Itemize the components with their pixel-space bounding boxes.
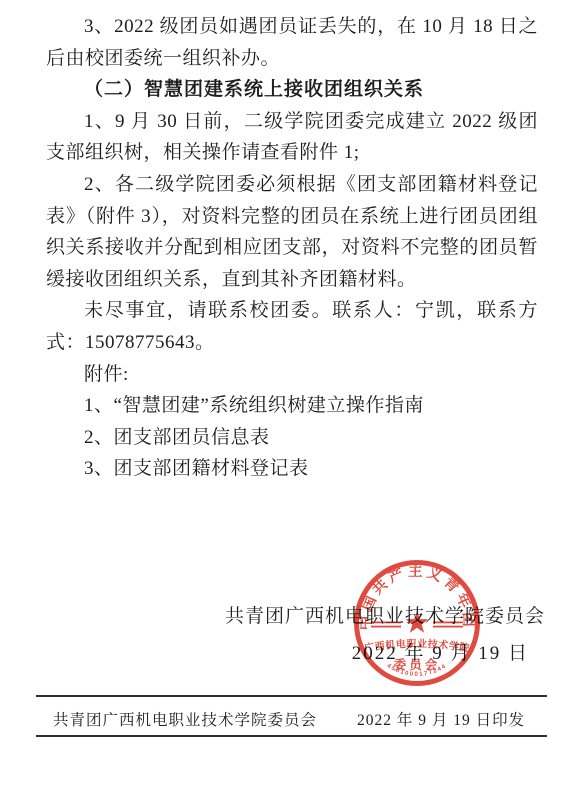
paragraph-org-tree: 1、9 月 30 日前，二级学院团委完成建立 2022 级团支部组织树，相关操作… bbox=[46, 106, 538, 169]
seal-star-icon bbox=[406, 611, 429, 633]
svg-text:广西机电职业技术学院: 广西机电职业技术学院 bbox=[363, 637, 471, 655]
seal-org-name: 广西机电职业技术学院 bbox=[363, 637, 471, 655]
document-body: 3、2022 级团员如遇团员证丢失的，在 10 月 18 日之后由校团委统一组织… bbox=[46, 11, 538, 485]
attachment-item: 1、“智慧团建”系统组织树建立操作指南 bbox=[46, 390, 538, 422]
footer-rule-bottom bbox=[36, 735, 547, 737]
attachment-item: 3、团支部团籍材料登记表 bbox=[46, 453, 538, 485]
section-heading: （二）智慧团建系统上接收团组织关系 bbox=[46, 74, 538, 106]
footer-print-date: 2022 年 9 月 19 日印发 bbox=[357, 708, 525, 730]
footer-rule-top bbox=[36, 695, 547, 697]
paragraph-certificate-loss: 3、2022 级团员如遇团员证丢失的，在 10 月 18 日之后由校团委统一组织… bbox=[46, 11, 538, 74]
paragraph-contact: 未尽事宜，请联系校团委。联系人：宁凯，联系方式：15078775643。 bbox=[46, 295, 538, 358]
seal-emblem-bar bbox=[371, 626, 401, 628]
paragraph-material-check: 2、各二级学院团委必须根据《团支部团籍材料登记表》（附件 3），对资料完整的团员… bbox=[46, 169, 538, 295]
seal-emblem-bar bbox=[433, 626, 463, 628]
official-seal: 中国共产主义青年团 广西机电职业技术学院 委员会 4501000177244 bbox=[349, 555, 485, 691]
attachment-item: 2、团支部团员信息表 bbox=[46, 422, 538, 454]
seal-emblem-bar bbox=[371, 622, 401, 624]
attachments-label: 附件: bbox=[46, 359, 538, 391]
footer-issuer: 共青团广西机电职业技术学院委员会 bbox=[53, 708, 317, 730]
seal-emblem-bar bbox=[433, 622, 463, 624]
document-page: 3、2022 级团员如遇团员证丢失的，在 10 月 18 日之后由校团委统一组织… bbox=[0, 0, 584, 787]
